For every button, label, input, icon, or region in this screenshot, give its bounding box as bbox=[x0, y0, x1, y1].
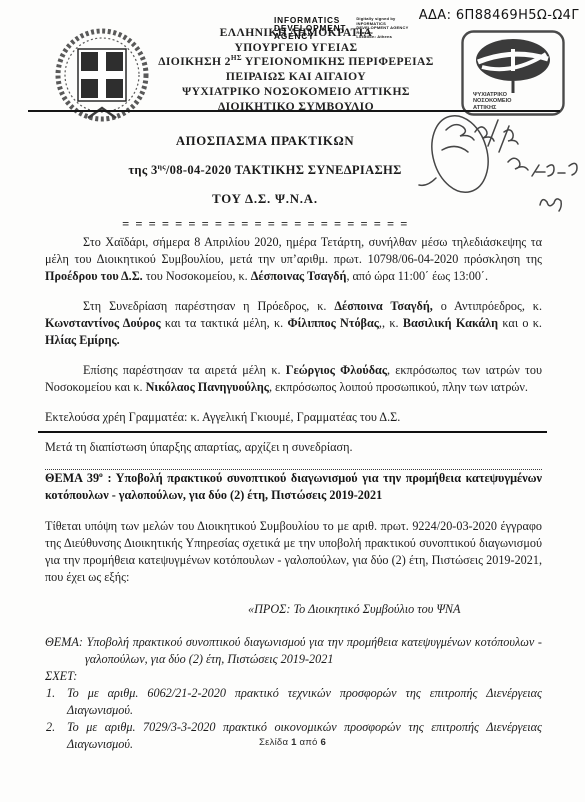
topic-heading: ΘΕΜΑ 39ο : Υποβολή πρακτικού συνοπτικού … bbox=[45, 470, 542, 504]
hospital-logo-caption: ΨΥΧΙΑΤΡΙΚΟ ΝΟΣΟΚΟΜΕΙΟ ΑΤΤΙΚΗΣ bbox=[473, 92, 512, 111]
hospital-logo-icon: ΨΥΧΙΑΤΡΙΚΟ ΝΟΣΟΚΟΜΕΙΟ ΑΤΤΙΚΗΣ bbox=[461, 30, 565, 121]
paragraph-secretary: Εκτελούσα χρέη Γραμματέα: κ. Αγγελική Γκ… bbox=[45, 409, 542, 426]
title-line-3: ΤΟΥ Δ.Σ. Ψ.Ν.Α. bbox=[70, 192, 460, 207]
ada-code: ΑΔΑ: 6Π88469Η5Ω-Ω4Γ bbox=[419, 8, 579, 23]
paragraph-elected-members: Επίσης παρέστησαν τα αιρετά μέλη κ. Γεώρ… bbox=[45, 362, 542, 396]
document-page: ΑΔΑ: 6Π88469Η5Ω-Ω4Γ ΕΛΛΗΝΙΚΗ ΔΗΜΟΚΡΑΤΙΑ … bbox=[0, 0, 585, 802]
title-separator: = = = = = = = = = = = = = = = = = = = = … bbox=[70, 217, 460, 232]
ref-item-text: Το με αριθμ. 6062/21-2-2020 πρακτικό τεχ… bbox=[67, 685, 542, 719]
document-title-block: ΑΠΟΣΠΑΣΜΑ ΠΡΑΚΤΙΚΩΝ της 3ης/08-04-2020 Τ… bbox=[70, 134, 460, 232]
paragraph-convocation: Στο Χαϊδάρι, σήμερα 8 Απριλίου 2020, ημέ… bbox=[45, 234, 542, 285]
quote-to-line: «ΠΡΟΣ: Το Διοικητικό Συμβούλιο του ΨΝΑ bbox=[45, 601, 542, 618]
page-footer: Σελίδα 1 από 6 bbox=[0, 737, 585, 748]
title-line-1: ΑΠΟΣΠΑΣΜΑ ΠΡΑΚΤΙΚΩΝ bbox=[70, 134, 460, 149]
stamp-signature-text: Digitally signed by INFORMATICS DEVELOPM… bbox=[356, 17, 422, 40]
paragraph-quorum: Μετά τη διαπίστωση ύπαρξης απαρτίας, αρχ… bbox=[45, 439, 542, 456]
ref-item-number: 1. bbox=[45, 685, 67, 719]
ref-item: 1. Το με αριθμ. 6062/21-2-2020 πρακτικό … bbox=[45, 685, 542, 719]
handwritten-notes bbox=[412, 112, 585, 232]
topic-intro: Τίθεται υπόψη των μελών του Διοικητικού … bbox=[45, 518, 542, 586]
digital-signature-stamp: INFORMATICS DEVELOPMENT AGENCY Digitally… bbox=[274, 16, 422, 41]
header-line-ministry: ΥΠΟΥΡΓΕΙΟ ΥΓΕΙΑΣ bbox=[128, 41, 464, 56]
document-body: Στο Χαϊδάρι, σήμερα 8 Απριλίου 2020, ημέ… bbox=[45, 234, 542, 753]
quote-ref-label: ΣΧΕΤ: bbox=[45, 668, 542, 685]
header-line-piraeus: ΠΕΙΡΑΙΩΣ ΚΑΙ ΑΙΓΑΙΟΥ bbox=[128, 70, 464, 85]
header-line-region: ΔΙΟΙΚΗΣΗ 2ΗΣ ΥΓΕΙΟΝΟΜΙΚΗΣ ΠΕΡΙΦΕΡΕΙΑΣ bbox=[128, 55, 464, 70]
header-line-hospital: ΨΥΧΙΑΤΡΙΚΟ ΝΟΣΟΚΟΜΕΙΟ ΑΤΤΙΚΗΣ bbox=[128, 85, 464, 100]
paragraph-attendees: Στη Συνεδρίαση παρέστησαν η Πρόεδρος, κ.… bbox=[45, 298, 542, 349]
quote-subject-line: ΘΕΜΑ: Υποβολή πρακτικού συνοπτικού διαγω… bbox=[45, 634, 542, 668]
stamp-agency-name: INFORMATICS DEVELOPMENT AGENCY bbox=[274, 16, 346, 41]
section-divider bbox=[38, 431, 547, 433]
title-line-2: της 3ης/08-04-2020 ΤΑΚΤΙΚΗΣ ΣΥΝΕΔΡΙΑΣΗΣ bbox=[70, 163, 460, 178]
